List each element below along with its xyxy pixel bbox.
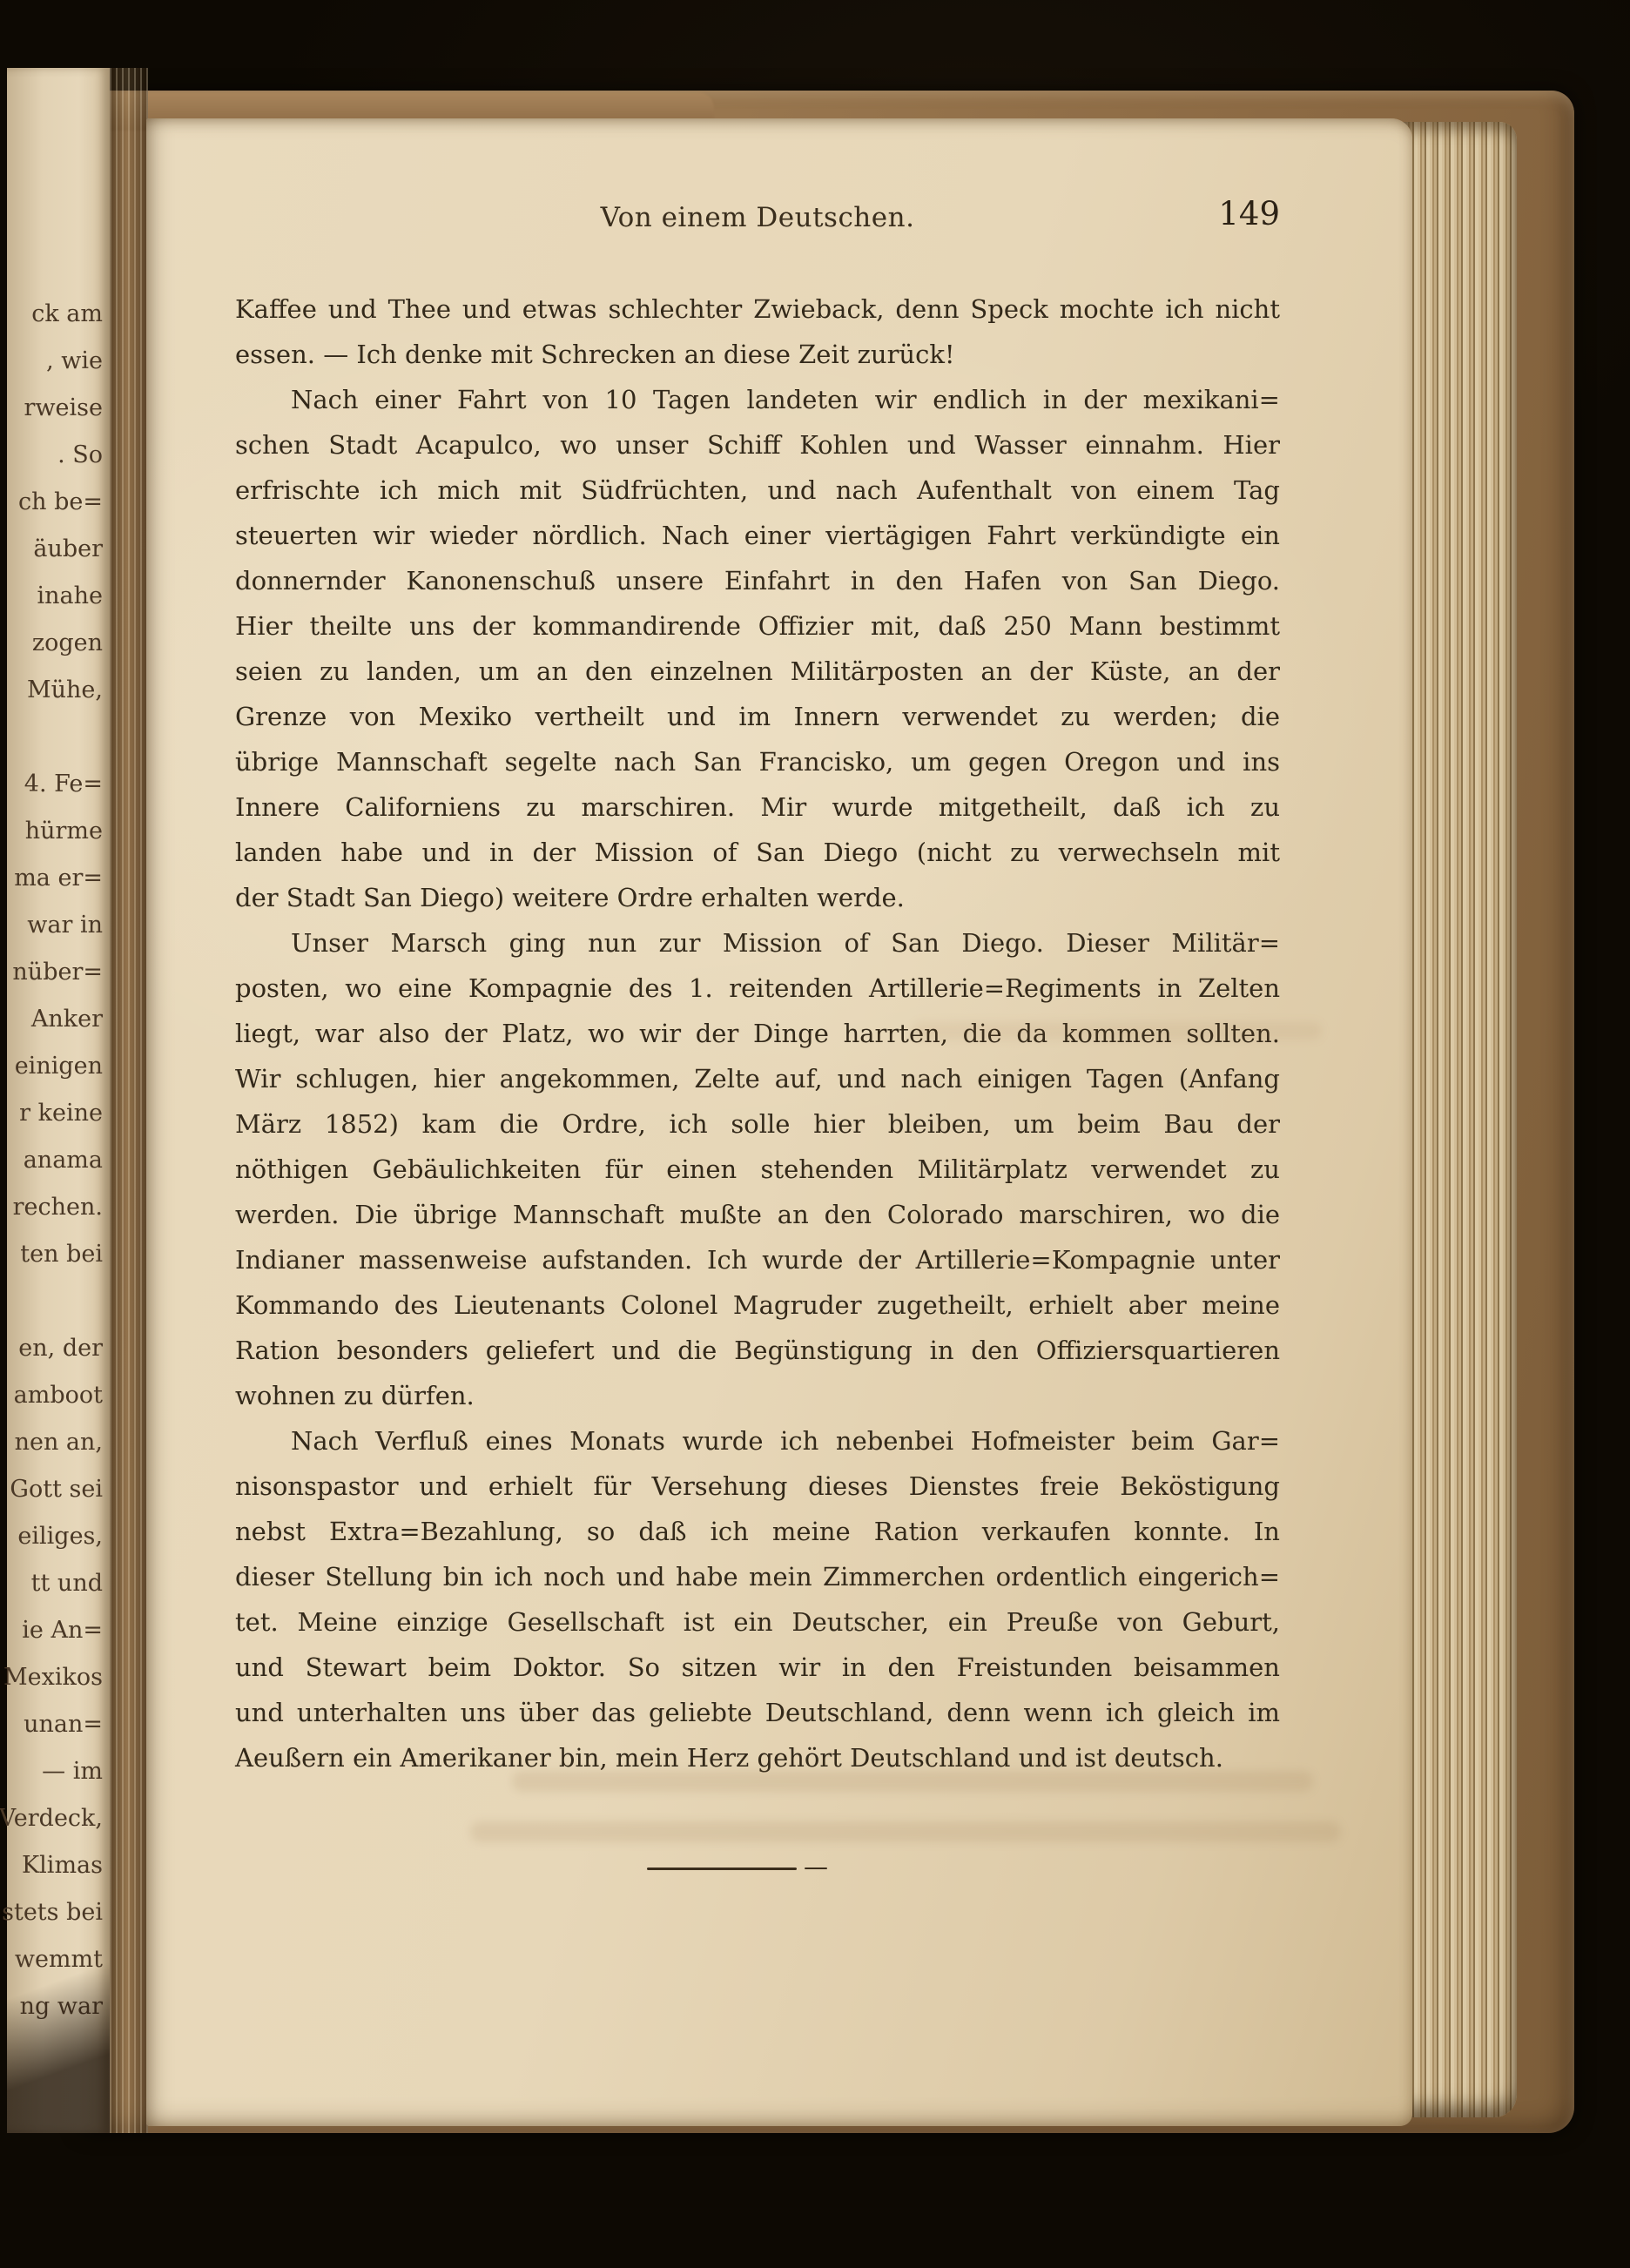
text-line: Wir schlugen, hier angekommen, Zelte auf… [235,1056,1280,1101]
text-line: schen Stadt Acapulco, wo unser Schiff Ko… [235,422,1280,468]
book-gutter-shadow [110,68,148,2133]
page-number: 149 [235,195,1280,232]
text-line: dieser Stellung bin ich noch und habe me… [235,1554,1280,1599]
text-line: nebst Extra=Bezahlung, so daß ich meine … [235,1509,1280,1554]
facing-page-edge: ck am, wierweise. Soch be=äuberinahezoge… [7,68,110,2133]
facing-page-text-fragment: , wie [46,348,103,374]
text-line: und unterhalten uns über das geliebte De… [235,1690,1280,1735]
text-line: erfrischte ich mich mit Südfrüchten, und… [235,468,1280,513]
text-line: Kommando des Lieutenants Colonel Magrude… [235,1282,1280,1328]
facing-page-text-fragment: 4. Fe= [24,771,103,798]
text-line: donnernder Kanonenschuß unsere Einfahrt … [235,558,1280,603]
text-line: wohnen zu dürfen. [235,1373,1280,1418]
facing-page-text-fragment: nen an, [15,1430,103,1456]
divider-dash [805,1868,827,1869]
facing-page-text-fragment: nüber= [12,959,103,986]
facing-page-text-fragment: Gott sei [10,1477,103,1503]
facing-page-text-fragment: Mexikos [3,1665,103,1691]
facing-page-text-fragment: inahe [37,583,104,609]
ink-bleed-smudge [512,1771,1313,1792]
text-line: der Stadt San Diego) weitere Ordre erhal… [235,875,1280,920]
text-line: werden. Die übrige Mannschaft mußte an d… [235,1192,1280,1237]
facing-page-text-fragment: äuber [33,536,103,562]
text-line: Grenze von Mexiko vertheilt und im Inner… [235,694,1280,739]
facing-page-text-fragment: war in [27,912,103,939]
facing-page-text-fragment: tt und [31,1571,103,1597]
facing-page-text-fragment: unan= [24,1712,103,1738]
facing-page-text-fragment: ck am [31,301,103,327]
facing-page-text-fragment: Klimas [22,1853,103,1879]
facing-page-text-fragment: eiliges, [17,1524,103,1550]
facing-page-text-fragment: ma er= [14,865,103,892]
text-line: Ration besonders geliefert und die Begün… [235,1328,1280,1373]
facing-page-text-fragment: einigen [15,1053,103,1080]
text-line: Indianer massenweise aufstanden. Ich wur… [235,1237,1280,1282]
text-line: Nach Verfluß eines Monats wurde ich nebe… [235,1418,1280,1464]
facing-page-text-fragment: Mühe, [27,677,103,703]
section-divider [647,1867,830,1870]
facing-page-text-fragment: en, der [18,1336,103,1362]
facing-page-text-fragment: — im [42,1759,103,1785]
text-line: Innere Californiens zu marschiren. Mir w… [235,784,1280,830]
text-line: seien zu landen, um an den einzelnen Mil… [235,649,1280,694]
text-line: März 1852) kam die Ordre, ich solle hier… [235,1101,1280,1147]
ink-bleed-smudge [470,1821,1341,1842]
facing-page-text-fragment: ch be= [18,489,103,515]
text-line: Kaffee und Thee und etwas schlechter Zwi… [235,286,1280,332]
text-line: Unser Marsch ging nun zur Mission of San… [235,920,1280,966]
facing-page-text-fragment: zogen [32,630,103,656]
text-line: landen habe und in der Mission of San Di… [235,830,1280,875]
text-line: posten, wo eine Kompagnie des 1. reitend… [235,966,1280,1011]
text-line: übrige Mannschaft segelte nach San Franc… [235,739,1280,784]
text-line: und Stewart beim Doktor. So sitzen wir i… [235,1645,1280,1690]
facing-page-text-fragment: anama [24,1147,103,1174]
text-line: essen. — Ich denke mit Schrecken an dies… [235,332,1280,377]
text-line: steuerten wir wieder nördlich. Nach eine… [235,513,1280,558]
facing-page-text-fragment: rechen. [13,1195,103,1221]
facing-page-text-fragment: Verdeck, [0,1806,103,1832]
text-line: Nach einer Fahrt von 10 Tagen landeten w… [235,377,1280,422]
facing-page-text-fragment: r keine [19,1100,103,1127]
book-scan-photo: ck am, wierweise. Soch be=äuberinahezoge… [0,0,1630,2268]
facing-page-text-fragment: ie An= [22,1618,103,1644]
facing-page-text-fragment: amboot [14,1383,103,1409]
facing-page-text-fragment: Anker [31,1006,103,1033]
facing-page-text-fragment: ten bei [20,1242,103,1268]
facing-page-text-fragment: . So [57,442,103,468]
divider-rule [647,1868,797,1870]
facing-page-text-fragment: rweise [24,395,103,421]
text-line: nöthigen Gebäulichkeiten für einen stehe… [235,1147,1280,1192]
ink-bleed-smudge [913,1022,1322,1040]
text-line: tet. Meine einzige Gesellschaft ist ein … [235,1599,1280,1645]
book-page: Von einem Deutschen. 149 Kaffee und Thee… [146,118,1412,2126]
facing-page-text-fragment: hürme [25,818,103,845]
facing-page-shadow [7,1907,110,2133]
text-line: Hier theilte uns der kommandirende Offiz… [235,603,1280,649]
text-line: nisonspastor und erhielt für Versehung d… [235,1464,1280,1509]
